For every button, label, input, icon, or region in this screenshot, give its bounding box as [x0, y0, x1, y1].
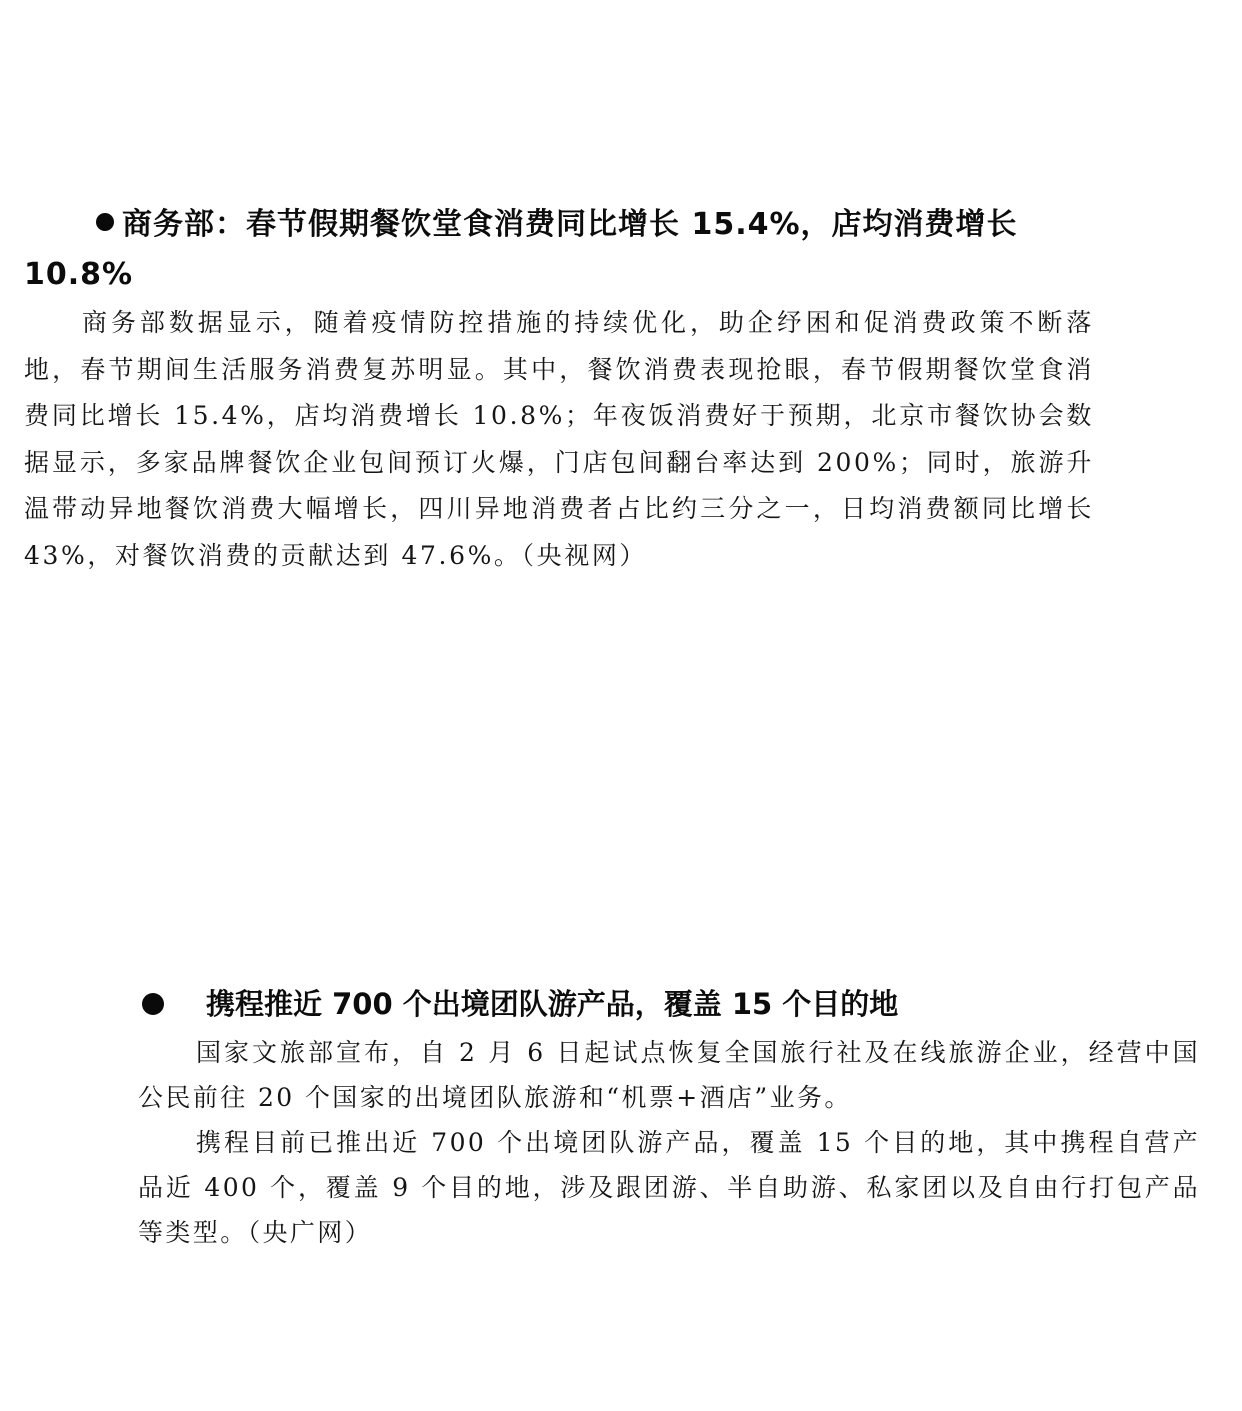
- article-paragraph: 携程目前已推出近 700 个出境团队游产品，覆盖 15 个目的地，其中携程自营产…: [138, 1120, 1200, 1255]
- article-dining-consumption: 商务部：春节假期餐饮堂食消费同比增长 15.4%，店均消费增长 10.8% 商务…: [24, 200, 1094, 579]
- bullet-icon: [96, 213, 114, 231]
- article-headline: 商务部：春节假期餐饮堂食消费同比增长 15.4%，店均消费增长 10.8%: [24, 200, 1094, 300]
- article-paragraph: 国家文旅部宣布，自 2 月 6 日起试点恢复全国旅行社及在线旅游企业，经营中国公…: [138, 1030, 1200, 1120]
- headline-text: 携程推近 700 个出境团队游产品，覆盖 15 个目的地: [206, 982, 898, 1026]
- article-headline: 携程推近 700 个出境团队游产品，覆盖 15 个目的地: [138, 982, 1200, 1026]
- article-paragraph: 商务部数据显示，随着疫情防控措施的持续优化，助企纾困和促消费政策不断落地，春节期…: [24, 300, 1094, 579]
- article-ctrip-group-tours: 携程推近 700 个出境团队游产品，覆盖 15 个目的地 国家文旅部宣布，自 2…: [138, 982, 1200, 1255]
- headline-text: 商务部：春节假期餐饮堂食消费同比增长 15.4%，店均消费增长 10.8%: [24, 207, 1018, 292]
- bullet-icon: [142, 993, 164, 1015]
